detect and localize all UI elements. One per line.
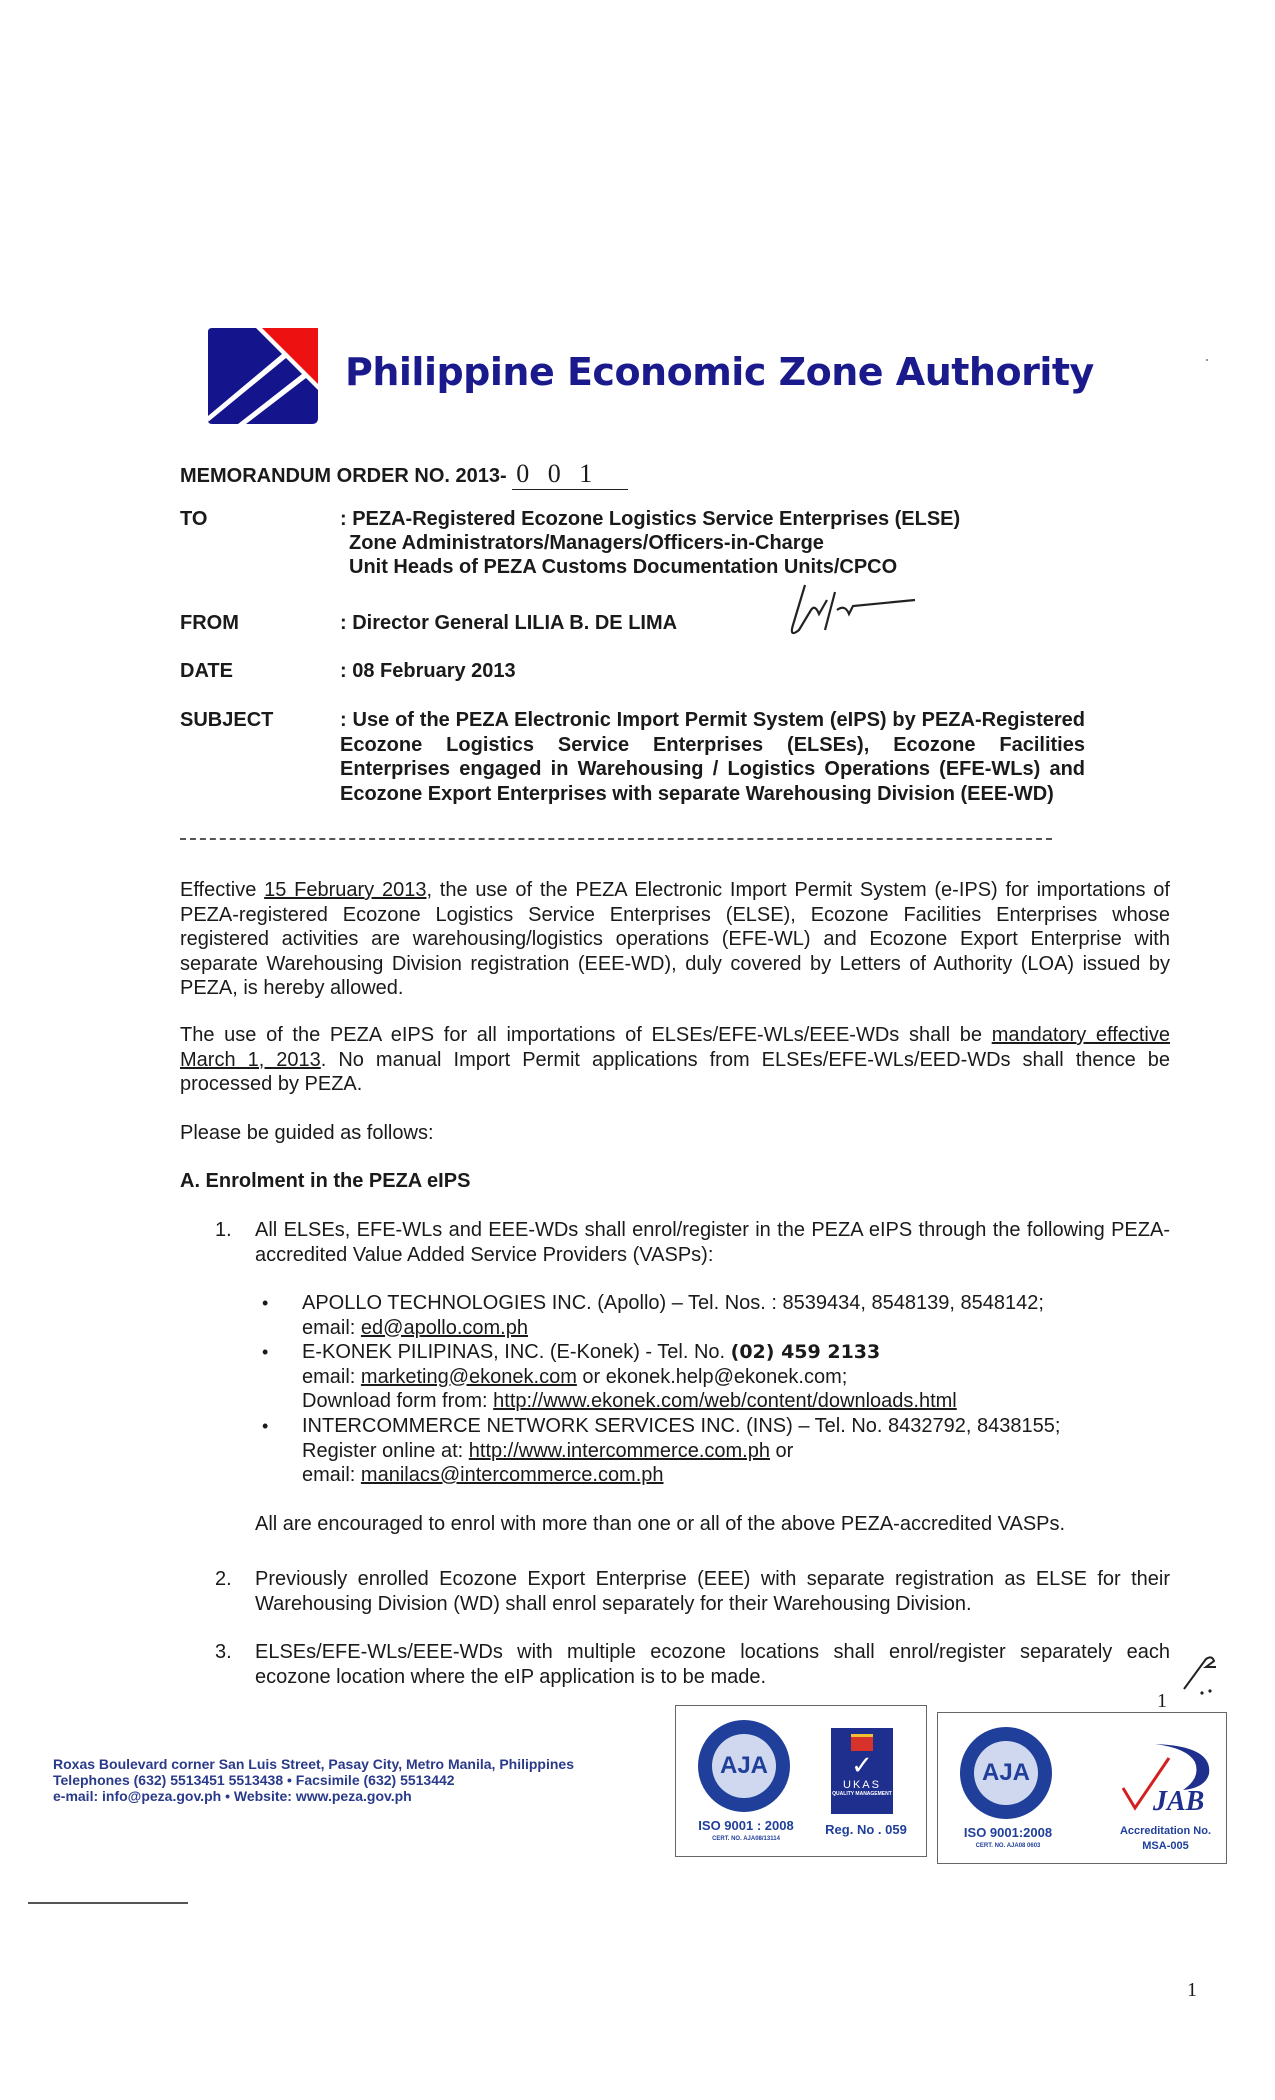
organization-name: Philippine Economic Zone Authority bbox=[345, 350, 1094, 394]
date-block: DATE : 08 February 2013 bbox=[180, 659, 1180, 685]
email-link[interactable]: marketing@ekonek.com bbox=[361, 1366, 577, 1388]
ukas-label: UKAS bbox=[831, 1779, 893, 1791]
bullet-icon: • bbox=[262, 1414, 268, 1439]
address-line: Roxas Boulevard corner San Luis Street, … bbox=[53, 1756, 574, 1772]
page-number: 1 bbox=[1187, 1979, 1197, 2002]
to-line: : PEZA-Registered Ecozone Logistics Serv… bbox=[340, 507, 1240, 532]
ukas-badge-icon: ✓ UKAS QUALITY MANAGEMENT bbox=[831, 1728, 893, 1814]
memorandum-order-number: MEMORANDUM ORDER NO. 2013- 0 0 1 bbox=[180, 459, 628, 490]
crown-icon bbox=[851, 1734, 873, 1751]
email-link[interactable]: manilacs@intercommerce.com.ph bbox=[361, 1464, 664, 1486]
item-number: 3. bbox=[215, 1640, 232, 1665]
cert-number: CERT. NO. AJA08/13114 bbox=[686, 1836, 806, 1842]
reg-number: Reg. No . 059 bbox=[816, 1822, 916, 1837]
peza-logo-icon bbox=[204, 326, 320, 426]
vasp-line: APOLLO TECHNOLOGIES INC. (Apollo) – Tel.… bbox=[302, 1291, 1172, 1316]
vasp-note: All are encouraged to enrol with more th… bbox=[255, 1513, 1065, 1536]
item-text: All ELSEs, EFE-WLs and EEE-WDs shall enr… bbox=[255, 1218, 1170, 1267]
effective-date: 15 February 2013 bbox=[264, 879, 426, 901]
check-icon: ✓ bbox=[831, 1751, 893, 1779]
scan-speck bbox=[1206, 359, 1208, 361]
bullet-icon: • bbox=[262, 1340, 268, 1365]
item-number: 2. bbox=[215, 1567, 232, 1592]
memo-prefix: MEMORANDUM ORDER NO. 2013- bbox=[180, 465, 507, 487]
email-alt: or ekonek.help@ekonek.com; bbox=[577, 1366, 847, 1388]
p2-lead: The use of the PEZA eIPS for all importa… bbox=[180, 1024, 992, 1046]
paragraph-guided: Please be guided as follows: bbox=[180, 1121, 1170, 1146]
certification-badge-aja-ukas: AJA ISO 9001 : 2008 CERT. NO. AJA08/1311… bbox=[675, 1705, 927, 1857]
footer-address: Roxas Boulevard corner San Luis Street, … bbox=[53, 1756, 574, 1804]
vasp-line: INTERCOMMERCE NETWORK SERVICES INC. (INS… bbox=[302, 1414, 1172, 1439]
from-value: : Director General LILIA B. DE LIMA bbox=[340, 611, 1240, 636]
paragraph-effective: Effective 15 February 2013, the use of t… bbox=[180, 878, 1170, 1001]
seal-text: AJA bbox=[712, 1734, 776, 1798]
to-line: Unit Heads of PEZA Customs Documentation… bbox=[349, 555, 1249, 580]
from-label: FROM bbox=[180, 611, 330, 636]
vasp-line: E-KONEK PILIPINAS, INC. (E-Konek) - Tel.… bbox=[302, 1341, 731, 1363]
accreditation-number: MSA-005 bbox=[1108, 1840, 1223, 1852]
p2-rest: . No manual Import Permit applications f… bbox=[180, 1049, 1170, 1096]
email-label: email: bbox=[302, 1464, 361, 1486]
ukas-sub: QUALITY MANAGEMENT bbox=[831, 1791, 893, 1797]
item-text: Previously enrolled Ecozone Export Enter… bbox=[255, 1567, 1170, 1616]
section-a-heading: A. Enrolment in the PEZA eIPS bbox=[180, 1170, 470, 1193]
contact-line: e-mail: info@peza.gov.ph • Website: www.… bbox=[53, 1788, 574, 1804]
footnote-rule bbox=[28, 1902, 188, 1904]
jab-logo-icon: JAB bbox=[1113, 1738, 1213, 1818]
email-link[interactable]: ed@apollo.com.ph bbox=[361, 1317, 528, 1339]
register-label: Register online at: bbox=[302, 1440, 469, 1462]
p1-lead: Effective bbox=[180, 879, 264, 901]
download-link[interactable]: http://www.ekonek.com/web/content/downlo… bbox=[493, 1390, 957, 1412]
vasp-intercommerce: • INTERCOMMERCE NETWORK SERVICES INC. (I… bbox=[262, 1414, 1172, 1489]
subject-label: SUBJECT bbox=[180, 708, 330, 733]
subject-block: SUBJECT : Use of the PEZA Electronic Imp… bbox=[180, 708, 1180, 833]
subject-value: : Use of the PEZA Electronic Import Perm… bbox=[340, 708, 1085, 806]
download-label: Download form from: bbox=[302, 1390, 493, 1412]
vasp-apollo: • APOLLO TECHNOLOGIES INC. (Apollo) – Te… bbox=[262, 1291, 1172, 1341]
handwritten-page-number: 1 bbox=[1157, 1690, 1167, 1713]
to-block: TO : PEZA-Registered Ecozone Logistics S… bbox=[180, 507, 1180, 587]
iso-label: ISO 9001 : 2008 bbox=[686, 1818, 806, 1833]
item-text: ELSEs/EFE-WLs/EEE-WDs with multiple ecoz… bbox=[255, 1640, 1170, 1689]
register-link[interactable]: http://www.intercommerce.com.ph bbox=[469, 1440, 770, 1462]
bullet-icon: • bbox=[262, 1291, 268, 1316]
memo-handwritten-number: 0 0 1 bbox=[512, 459, 628, 490]
accreditation-label: Accreditation No. bbox=[1108, 1825, 1223, 1837]
date-label: DATE bbox=[180, 659, 330, 684]
email-label: email: bbox=[302, 1366, 361, 1388]
seal-text: AJA bbox=[974, 1741, 1038, 1805]
phone-line: Telephones (632) 5513451 5513438 • Facsi… bbox=[53, 1772, 574, 1788]
vasp-phone: (02) 459 2133 bbox=[731, 1341, 881, 1363]
to-line: Zone Administrators/Managers/Officers-in… bbox=[349, 531, 1249, 556]
to-label: TO bbox=[180, 507, 330, 532]
header-divider bbox=[180, 838, 1052, 840]
list-item: 2. Previously enrolled Ecozone Export En… bbox=[215, 1567, 1170, 1617]
date-value: : 08 February 2013 bbox=[340, 659, 1240, 684]
item-number: 1. bbox=[215, 1218, 232, 1243]
vasp-ekonek: • E-KONEK PILIPINAS, INC. (E-Konek) - Te… bbox=[262, 1340, 1172, 1415]
aja-seal-icon: AJA bbox=[960, 1727, 1052, 1819]
register-or: or bbox=[770, 1440, 793, 1462]
cert-number: CERT. NO. AJA08 0603 bbox=[948, 1843, 1068, 1849]
email-label: email: bbox=[302, 1317, 361, 1339]
certification-badge-aja-jab: AJA ISO 9001:2008 CERT. NO. AJA08 0603 J… bbox=[937, 1712, 1227, 1864]
svg-text:JAB: JAB bbox=[1152, 1786, 1204, 1817]
from-block: FROM : Director General LILIA B. DE LIMA bbox=[180, 611, 1180, 637]
list-item: 1. All ELSEs, EFE-WLs and EEE-WDs shall … bbox=[215, 1218, 1170, 1268]
paragraph-mandatory: The use of the PEZA eIPS for all importa… bbox=[180, 1023, 1170, 1097]
aja-seal-icon: AJA bbox=[698, 1720, 790, 1812]
iso-label: ISO 9001:2008 bbox=[948, 1825, 1068, 1840]
list-item: 3. ELSEs/EFE-WLs/EEE-WDs with multiple e… bbox=[215, 1640, 1170, 1690]
initials-icon bbox=[1180, 1653, 1220, 1698]
